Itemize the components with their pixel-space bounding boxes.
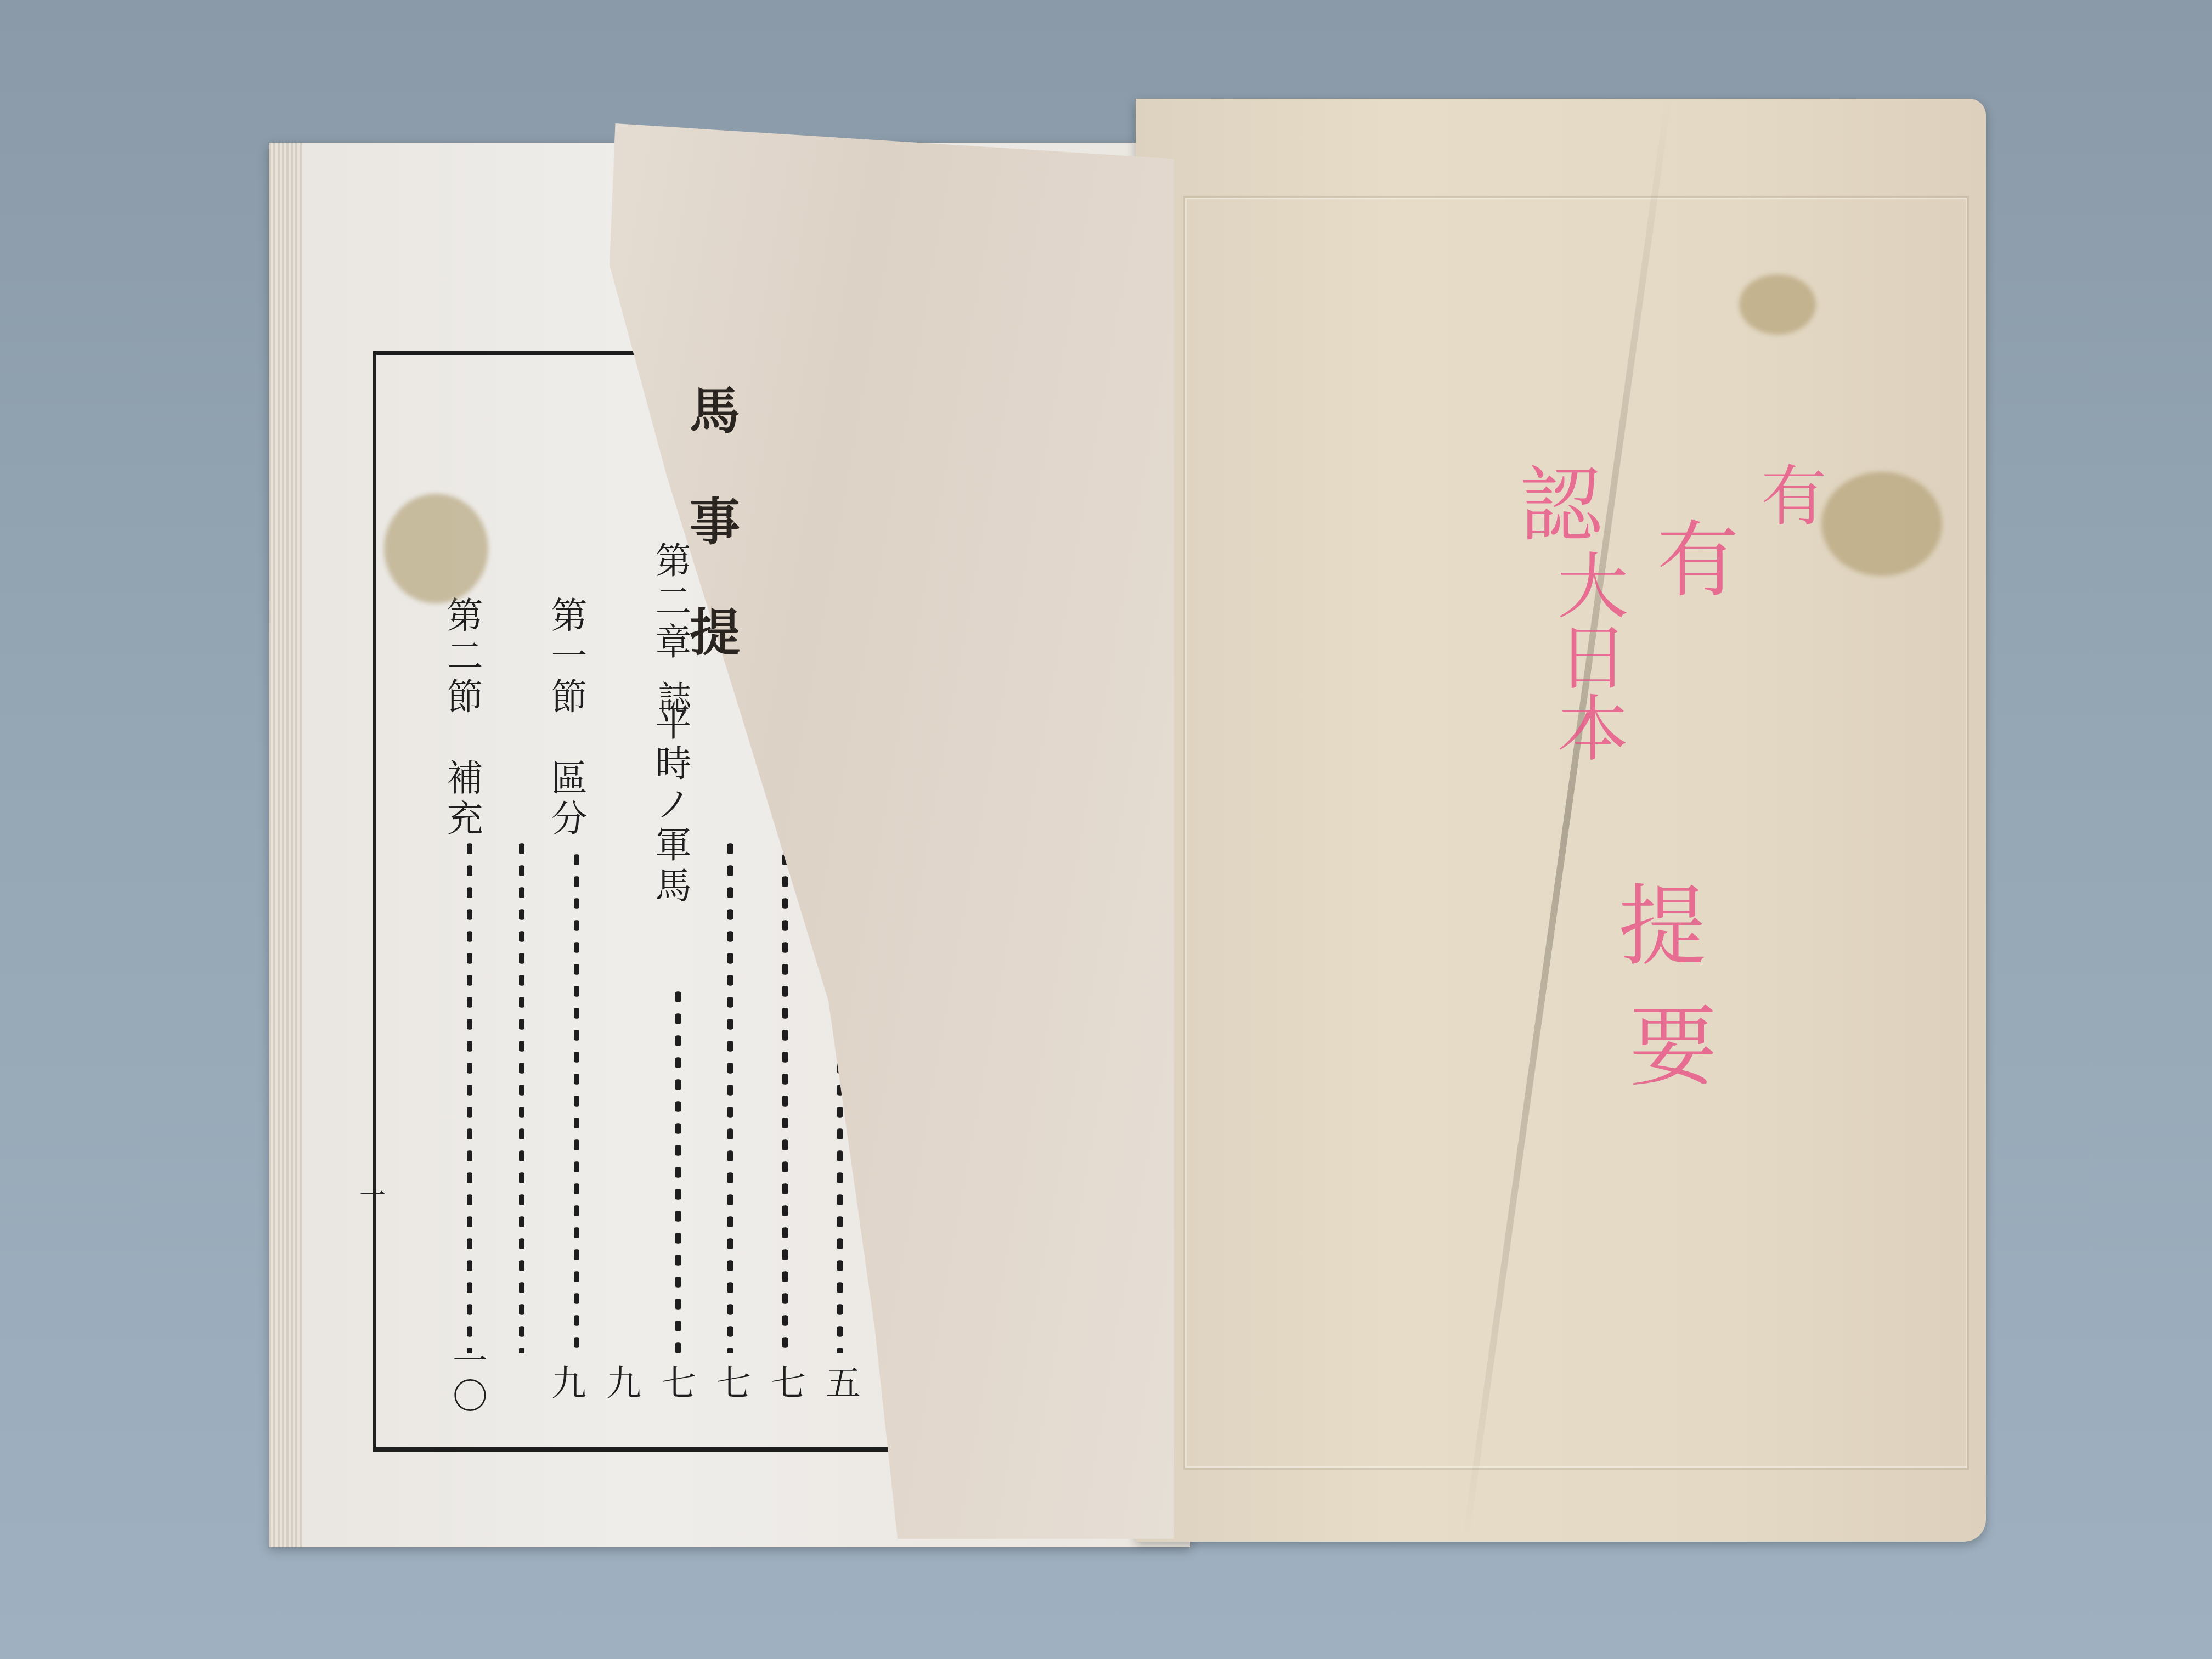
water-stain [1739,274,1816,335]
leader-dots [519,838,524,1353]
leader-dots [675,986,681,1353]
embossed-border [1185,198,1967,1468]
handwritten-char: 有 [1761,444,1827,539]
toc-page-number: 九 [596,1364,645,1400]
water-stain [1821,472,1942,576]
toc-page-number: 七 [760,1364,810,1400]
toc-page-number: 一〇 [442,1342,492,1413]
handwritten-char: 有 [1657,494,1739,612]
handwritten-char: 提 [1618,856,1706,982]
handwritten-char: 認 [1520,439,1602,557]
leader-dots [574,849,579,1353]
toc-page-number: 五 [815,1364,865,1400]
toc-page-number: 九 [541,1364,590,1400]
water-stain [384,494,488,603]
page-edges [269,143,302,1547]
toc-page-number: 七 [651,1364,700,1400]
leader-dots [727,838,733,1353]
right-page-cover: 有 有 認 大日本 提 要 [1136,99,1986,1542]
toc-entry-section-2: 第二節 補充 [437,596,486,840]
handwritten-char: 要 [1629,977,1717,1103]
toc-partial-entry: 誌 [647,680,697,718]
leader-dots [467,838,472,1353]
toc-page-number: 七 [706,1364,755,1400]
toc-entry-section-1: 第一節 區分 [541,596,590,840]
book-title: 馬事提 [675,384,747,716]
handwritten-text: 大日本 [1536,549,1639,763]
open-book: 一 第一章 要則 第二章 平時ノ軍馬 第一節 區分 第二節 補充 一頁 五 七 … [0,0,2212,1659]
leader-dots [782,849,788,1353]
